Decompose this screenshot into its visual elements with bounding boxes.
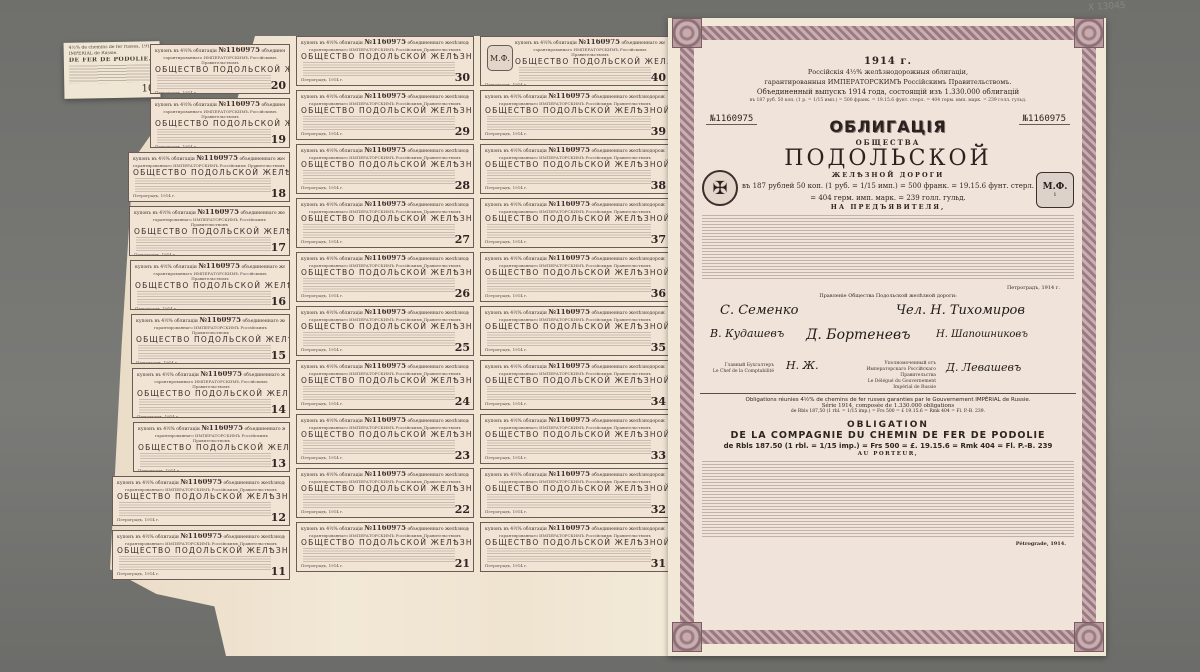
coupon-serial: №1160975 — [548, 309, 590, 316]
coupon-header-text: купонъ въ 4½% облигаціи — [485, 527, 547, 532]
bond-company-name: ПОДОЛЬСКОЙ — [696, 147, 1080, 171]
coupon: купонъ въ 4½% облигаціи №1160975 объедин… — [131, 314, 290, 364]
coupon-header-text: купонъ въ 4½% облигаціи — [301, 311, 363, 316]
finance-ministry-stamp-icon: М.Ф. 1 — [1036, 172, 1074, 208]
coupon-text — [487, 494, 651, 508]
coupon-header-tail: объединеннаго желѣзнодорожнаго займа 191… — [240, 211, 285, 216]
coupon-footer: Петроградъ, 1914 г. — [485, 131, 665, 136]
coupon-header-text: купонъ въ 4½% облигаціи — [485, 257, 547, 262]
bond-certificate: 1914 г. Россійскія 4½% желѣзнодорожныя о… — [668, 18, 1106, 656]
coupon-title: ОБЩЕСТВО ПОДОЛЬСКОЙ ЖЕЛѢЗНОЙ ДОРОГИ. — [301, 430, 469, 439]
coupon-footer: Петроградъ, 1914 г. — [301, 293, 469, 298]
coupon-header: купонъ въ 4½% облигаціи №1160975 объедин… — [301, 255, 469, 263]
coupon-serial: №1160975 — [180, 479, 222, 486]
coupon-text — [487, 116, 651, 130]
french-title: OBLIGATION — [696, 420, 1080, 430]
coupon-title: ОБЩЕСТВО ПОДОЛЬСКОЙ ЖЕЛѢЗНОЙ ДОРОГИ. — [485, 484, 665, 493]
coupon-footer: Петроградъ, 1914 г. — [301, 563, 469, 568]
coupon-number: 40 — [651, 71, 666, 84]
coupon-number: 19 — [271, 133, 286, 146]
coupon-text — [303, 440, 455, 454]
coupon-number: 24 — [455, 395, 470, 408]
coupon-text — [119, 502, 271, 516]
french-line-3: de Rbls 187,50 (1 rbl. = 1/15 imp.) = Fr… — [696, 409, 1080, 414]
coupon-guarantee: гарантированнаго ИМПЕРАТОРСКИМЪ Россійск… — [136, 325, 285, 335]
delegate-ru: Уполномоченный отъ Императорскаго Россій… — [866, 361, 936, 378]
coupon-header: купонъ въ 4½% облигаціи №1160975 объедин… — [485, 255, 665, 263]
coupon-header: купонъ въ 4½% облигаціи №1160975 объедин… — [485, 471, 665, 479]
coupon-serial: №1160975 — [364, 471, 406, 478]
coupon-header-tail: объединеннаго желѣзнодорожнаго займа 191… — [407, 203, 469, 208]
coupon-header-text: купонъ въ 4½% облигаціи — [301, 473, 363, 478]
coupon-number: 37 — [651, 233, 666, 246]
coupon-title: ОБЩЕСТВО ПОДОЛЬСКОЙ ЖЕЛѢЗНОЙ ДОРОГИ. — [485, 268, 665, 277]
coupon-header-text: купонъ въ 4½% облигаціи — [137, 373, 199, 378]
coupon-text — [487, 278, 651, 292]
bond-line-4: въ 187 руб. 50 коп. (1 р. = 1/15 имп.) =… — [696, 97, 1080, 104]
coupon: купонъ въ 4½% облигаціи №1160975 объедин… — [296, 414, 474, 464]
coupon-guarantee: гарантированнаго ИМПЕРАТОРСКИМЪ Россійск… — [138, 433, 285, 443]
coupon-header-tail: объединеннаго желѣзнодорожнаго займа 191… — [261, 49, 285, 54]
coupon-serial: №1160975 — [364, 417, 406, 424]
coupon-header-text: купонъ въ 4½% облигаціи — [485, 419, 547, 424]
coupon-number: 15 — [271, 349, 286, 362]
coupon-header-tail: объединеннаго желѣзнодорожнаго займа 191… — [243, 373, 285, 378]
coupon-column: М.Ф.купонъ въ 4½% облигаціи №1160975 объ… — [480, 36, 670, 572]
bond-line-1: Россійскія 4½% желѣзнодорожныя облигаціи… — [696, 67, 1080, 77]
coupon-header: купонъ въ 4½% облигаціи №1160975 объедин… — [155, 47, 285, 55]
coupon: купонъ въ 4½% облигаціи №1160975 объедин… — [296, 198, 474, 248]
signatures-area: С. Семенко Чел. Н. Тихомиров В. Кудашевъ… — [696, 299, 1080, 391]
coupon-text — [140, 453, 271, 467]
stamp-label: М.Ф. — [1043, 182, 1068, 192]
coupon-serial: №1160975 — [364, 93, 406, 100]
coupon-number: 18 — [271, 187, 286, 200]
coupon-title: ОБЩЕСТВО ПОДОЛЬСКОЙ ЖЕЛѢЗНОЙ ДОРОГИ. — [301, 160, 469, 169]
coupon-title: ОБЩЕСТВО ПОДОЛЬСКОЙ ЖЕЛѢЗНОЙ ДОРОГИ. — [155, 65, 285, 74]
coupon-footer: Петроградъ, 1914 г. — [136, 360, 285, 364]
coupon-footer: Петроградъ, 1914 г. — [485, 347, 665, 352]
coupon-title: ОБЩЕСТВО ПОДОЛЬСКОЙ ЖЕЛѢЗНОЙ ДОРОГИ. — [485, 106, 665, 115]
coupon-header: купонъ въ 4½% облигаціи №1160975 объедин… — [301, 309, 469, 317]
coupon-serial: №1160975 — [548, 255, 590, 262]
coupon-serial: №1160975 — [548, 147, 590, 154]
coupon-serial: №1160975 — [548, 363, 590, 370]
coupon-footer: Петроградъ, 1914 г. — [485, 185, 665, 190]
delegate-fr: Le Délégué du Gouvernement Impérial de R… — [868, 379, 936, 390]
coupon-header-text: купонъ въ 4½% облигаціи — [136, 319, 198, 324]
coupon-text — [303, 494, 455, 508]
coupon-serial: №1160975 — [197, 209, 239, 216]
coupon-header: купонъ въ 4½% облигаціи №1160975 объедин… — [134, 209, 285, 217]
coupon-footer: Петроградъ, 1914 г. — [301, 131, 469, 136]
coupon-serial: №1160975 — [201, 425, 243, 432]
coupon-text — [487, 332, 651, 346]
coupon-title: ОБЩЕСТВО ПОДОЛЬСКОЙ ЖЕЛѢЗНОЙ ДОРОГИ. — [133, 168, 285, 177]
coupon-header-tail: объединеннаго желѣзнодорожнаго займа 191… — [591, 311, 665, 316]
coupon-text — [487, 440, 651, 454]
coupon: купонъ въ 4½% облигаціи №1160975 объедин… — [133, 422, 290, 472]
coupon-footer: Петроградъ, 1914 г. — [301, 347, 469, 352]
coupon-text — [519, 67, 651, 81]
coupon-title: ОБЩЕСТВО ПОДОЛЬСКОЙ ЖЕЛѢЗНОЙ ДОРОГИ. — [301, 322, 469, 331]
coupon: купонъ въ 4½% облигаціи №1160975 объедин… — [128, 152, 290, 202]
coupon-header-text: купонъ въ 4½% облигаціи — [485, 311, 547, 316]
bond-year: 1914 г. — [696, 56, 1080, 67]
coupon-header: купонъ въ 4½% облигаціи №1160975 объедин… — [133, 155, 285, 163]
pencil-catalog-note: X 13045 — [1088, 1, 1126, 14]
coupon-header-text: купонъ въ 4½% облигаціи — [301, 149, 363, 154]
coupon-number: 17 — [271, 241, 286, 254]
chief-accountant-fr: Le Chef de la Comptabilité — [713, 369, 774, 374]
coupon-number: 34 — [651, 395, 666, 408]
coupon-header-tail: объединеннаго желѣзнодорожнаго займа 191… — [242, 319, 285, 324]
coupon-title: ОБЩЕСТВО ПОДОЛЬСКОЙ ЖЕЛѢЗНОЙ ДОРОГИ. — [136, 335, 285, 344]
signature: Н. Ж. — [786, 359, 818, 372]
coupon-header-tail: объединеннаго желѣзнодорожнаго займа 191… — [223, 481, 285, 486]
signature: Н. Шапошниковъ — [936, 329, 1028, 340]
imperial-eagle-icon: ✠ — [702, 170, 738, 206]
coupon: М.Ф.купонъ въ 4½% облигаціи №1160975 объ… — [480, 36, 670, 86]
coupon-footer: Петроградъ, 1914 г. — [301, 455, 469, 460]
coupon-text — [135, 178, 271, 192]
french-value: de Rbls 187.50 (1 rbl. = 1/15 imp.) = Fr… — [696, 442, 1080, 450]
coupon-serial: №1160975 — [364, 201, 406, 208]
coupon-header-tail: объединеннаго желѣзнодорожнаго займа 191… — [407, 257, 469, 262]
coupon-text — [138, 345, 271, 359]
coupon-title: ОБЩЕСТВО ПОДОЛЬСКОЙ ЖЕЛѢЗНОЙ ДОРОГИ. — [117, 546, 285, 555]
coupon-number: 12 — [271, 511, 286, 524]
coupon-text — [487, 224, 651, 238]
coupon-header-tail: объединеннаго желѣзнодорожнаго займа 191… — [407, 311, 469, 316]
coupon-serial: №1160975 — [364, 39, 406, 46]
coupon-header-text: купонъ въ 4½% облигаціи — [301, 527, 363, 532]
coupon-footer: Петроградъ, 1914 г. — [117, 571, 285, 576]
coupon-number: 35 — [651, 341, 666, 354]
coupon: купонъ въ 4½% облигаціи №1160975 объедин… — [129, 206, 290, 256]
coupon-column: купонъ въ 4½% облигаціи №1160975 объедин… — [296, 36, 474, 572]
coupon-number: 20 — [271, 79, 286, 92]
coupon-serial: №1160975 — [364, 525, 406, 532]
coupon-number: 29 — [455, 125, 470, 138]
coupon: купонъ въ 4½% облигаціи №1160975 объедин… — [296, 360, 474, 410]
coupon-header-text: купонъ въ 4½% облигаціи — [155, 49, 217, 54]
coupon-footer: Петроградъ, 1914 г. — [485, 563, 665, 568]
coupon-serial: №1160975 — [548, 417, 590, 424]
coupon-header-tail: объединеннаго желѣзнодорожнаго займа 191… — [591, 473, 665, 478]
coupon-number: 13 — [271, 457, 286, 470]
bond-value-1: въ 187 рублей 50 коп. (1 руб. = 1/15 имп… — [696, 181, 1080, 191]
coupon-title: ОБЩЕСТВО ПОДОЛЬСКОЙ ЖЕЛѢЗНОЙ ДОРОГИ. — [301, 484, 469, 493]
coupon-text — [303, 548, 455, 562]
coupon-header: купонъ въ 4½% облигаціи №1160975 объедин… — [155, 101, 285, 109]
coupon: купонъ въ 4½% облигаціи №1160975 объедин… — [112, 476, 290, 526]
coupon-header-tail: объединеннаго желѣзнодорожнаго займа 191… — [407, 95, 469, 100]
coupon-header-text: купонъ въ 4½% облигаціи — [134, 211, 196, 216]
french-place-date: Pétrograde, 1914. — [696, 541, 1080, 547]
coupon-footer: Петроградъ, 1914 г. — [485, 293, 665, 298]
coupon-serial: №1160975 — [218, 101, 260, 108]
coupon-guarantee: гарантированнаго ИМПЕРАТОРСКИМЪ Россійск… — [155, 55, 285, 65]
coupon-number: 25 — [455, 341, 470, 354]
coupon-header-text: купонъ въ 4½% облигаціи — [301, 257, 363, 262]
coupon-header: купонъ въ 4½% облигаціи №1160975 объедин… — [117, 479, 285, 487]
bond-content: 1914 г. Россійскія 4½% желѣзнодорожныя о… — [696, 42, 1080, 628]
coupon-serial: №1160975 — [218, 47, 260, 54]
french-bearer: AU PORTEUR, — [696, 451, 1080, 457]
signature: Д. Левашевъ — [946, 361, 1021, 374]
coupon: купонъ въ 4½% облигаціи №1160975 объедин… — [130, 260, 290, 310]
coupon: купонъ въ 4½% облигаціи №1160975 объедин… — [296, 36, 474, 86]
coupon-title: ОБЩЕСТВО ПОДОЛЬСКОЙ ЖЕЛѢЗНОЙ ДОРОГИ. — [485, 214, 665, 223]
coupon-header: купонъ въ 4½% облигаціи №1160975 объедин… — [301, 93, 469, 101]
coupon-header: купонъ въ 4½% облигаціи №1160975 объедин… — [485, 93, 665, 101]
coupon-text — [139, 399, 271, 413]
coupon-text — [119, 556, 271, 570]
coupon-number: 38 — [651, 179, 666, 192]
coupon: купонъ въ 4½% облигаціи №1160975 объедин… — [480, 90, 670, 140]
coupon-number: 33 — [651, 449, 666, 462]
coupon-footer: Петроградъ, 1914 г. — [135, 306, 285, 310]
coupon-header: купонъ въ 4½% облигаціи №1160975 объедин… — [485, 417, 665, 425]
coupon-header: купонъ въ 4½% облигаціи №1160975 объедин… — [301, 417, 469, 425]
bond-value-2: = 404 герм. имп. марк. = 239 голл. гульд… — [696, 193, 1080, 203]
coupon-header: купонъ въ 4½% облигаціи №1160975 объедин… — [485, 309, 665, 317]
signature: Д. Бортеневъ — [806, 327, 911, 343]
coupon: купонъ въ 4½% облигаціи №1160975 объедин… — [296, 306, 474, 356]
coupon-text — [137, 291, 271, 305]
coupon-footer: Петроградъ, 1914 г. — [117, 517, 285, 522]
section-divider — [700, 393, 1076, 394]
coupon-header: купонъ въ 4½% облигаціи №1160975 объедин… — [301, 525, 469, 533]
bond-line-2: гарантированныя ИМПЕРАТОРСКИМЪ Россійски… — [696, 77, 1080, 87]
coupon-footer: Петроградъ, 1914 г. — [133, 193, 285, 198]
coupon: купонъ въ 4½% облигаціи №1160975 объедин… — [480, 252, 670, 302]
coupon-number: 39 — [651, 125, 666, 138]
coupon-serial: №1160975 — [548, 471, 590, 478]
coupon-header: купонъ въ 4½% облигаціи №1160975 объедин… — [485, 39, 665, 47]
coupon: купонъ въ 4½% облигаціи №1160975 объедин… — [480, 468, 670, 518]
coupon-footer: Петроградъ, 1914 г. — [134, 252, 285, 256]
coupon: купонъ въ 4½% облигаціи №1160975 объедин… — [112, 530, 290, 580]
coupon-header-tail: объединеннаго желѣзнодорожнаго займа 191… — [407, 365, 469, 370]
coupon-header-text: купонъ въ 4½% облигаціи — [133, 157, 195, 162]
coupon-header-tail: объединеннаго желѣзнодорожнаго займа 191… — [407, 149, 469, 154]
coupon-footer: Петроградъ, 1914 г. — [138, 468, 285, 472]
coupon-header-text: купонъ въ 4½% облигаціи — [117, 481, 179, 486]
coupon-title: ОБЩЕСТВО ПОДОЛЬСКОЙ ЖЕЛѢЗНОЙ ДОРОГИ. — [137, 389, 285, 398]
coupon-footer: Петроградъ, 1914 г. — [485, 455, 665, 460]
coupon-serial: №1160975 — [364, 147, 406, 154]
coupon-text — [303, 386, 455, 400]
coupon-number: 21 — [455, 557, 470, 570]
coupon-number: 27 — [455, 233, 470, 246]
coupon-text — [487, 548, 651, 562]
coupon-text — [303, 332, 455, 346]
coupon: купонъ въ 4½% облигаціи №1160975 объедин… — [480, 360, 670, 410]
coupon-header: купонъ въ 4½% облигаціи №1160975 объедин… — [485, 147, 665, 155]
coupon-serial: №1160975 — [364, 309, 406, 316]
serial-number-left: №1160975 — [706, 114, 757, 125]
coupon-serial: №1160975 — [364, 363, 406, 370]
coupon-footer: Петроградъ, 1914 г. — [301, 77, 469, 82]
coupon-title: ОБЩЕСТВО ПОДОЛЬСКОЙ ЖЕЛѢЗНОЙ ДОРОГИ. — [135, 281, 285, 290]
coupon-header-tail: объединеннаго желѣзнодорожнаго займа 191… — [591, 419, 665, 424]
coupon-header: купонъ въ 4½% облигаціи №1160975 объедин… — [485, 201, 665, 209]
coupon-footer: Петроградъ, 1914 г. — [301, 185, 469, 190]
coupon-serial: №1160975 — [196, 155, 238, 162]
coupon-header-tail: объединеннаго желѣзнодорожнаго займа 191… — [244, 427, 285, 432]
coupon-text — [157, 129, 271, 143]
coupon-text — [136, 237, 271, 251]
coupon-text — [487, 170, 651, 184]
bond-place-date: Петроградъ, 1914 г. — [696, 285, 1080, 291]
coupon-header-tail: объединеннаго желѣзнодорожнаго займа 191… — [239, 157, 285, 162]
coupon: купонъ въ 4½% облигаціи №1160975 объедин… — [480, 198, 670, 248]
coupon: купонъ въ 4½% облигаціи №1160975 объедин… — [480, 144, 670, 194]
coupon-header-tail: объединеннаго желѣзнодорожнаго займа 191… — [223, 535, 285, 540]
coupon-header-tail: объединеннаго желѣзнодорожнаго займа 191… — [407, 527, 469, 532]
coupon-header-tail: объединеннаго желѣзнодорожнаго займа 191… — [591, 365, 665, 370]
coupon-number: 11 — [271, 565, 286, 578]
stamp-icon: М.Ф. — [487, 45, 513, 71]
coupon-text — [303, 116, 455, 130]
coupon-header-text: купонъ въ 4½% облигаціи — [301, 203, 363, 208]
coupon-header-text: купонъ въ 4½% облигаціи — [515, 41, 577, 46]
coupon-header-tail: объединеннаго желѣзнодорожнаго займа 191… — [407, 41, 469, 46]
coupon-guarantee: гарантированнаго ИМПЕРАТОРСКИМЪ Россійск… — [155, 109, 285, 119]
coupon-footer: Петроградъ, 1914 г. — [485, 239, 665, 244]
french-company: DE LA COMPAGNIE DU CHEMIN DE FER DE PODO… — [696, 430, 1080, 441]
coupon-header: купонъ въ 4½% облигаціи №1160975 объедин… — [137, 371, 285, 379]
coupon-text — [487, 386, 651, 400]
coupon-title: ОБЩЕСТВО ПОДОЛЬСКОЙ ЖЕЛѢЗНОЙ ДОРОГИ. — [485, 322, 665, 331]
coupon-serial: №1160975 — [548, 93, 590, 100]
coupon-number: 23 — [455, 449, 470, 462]
coupon-header-text: купонъ въ 4½% облигаціи — [301, 419, 363, 424]
coupon-title: ОБЩЕСТВО ПОДОЛЬСКОЙ ЖЕЛѢЗНОЙ ДОРОГИ. — [301, 214, 469, 223]
coupon-title: ОБЩЕСТВО ПОДОЛЬСКОЙ ЖЕЛѢЗНОЙ ДОРОГИ. — [138, 443, 285, 452]
coupon-footer: Петроградъ, 1914 г. — [485, 401, 665, 406]
coupon-guarantee: гарантированнаго ИМПЕРАТОРСКИМЪ Россійск… — [135, 271, 285, 281]
coupon-title: ОБЩЕСТВО ПОДОЛЬСКОЙ ЖЕЛѢЗНОЙ ДОРОГИ. — [301, 268, 469, 277]
coupon-title: ОБЩЕСТВО ПОДОЛЬСКОЙ ЖЕЛѢЗНОЙ ДОРОГИ. — [485, 160, 665, 169]
coupon-number: 32 — [651, 503, 666, 516]
coupon-footer: Петроградъ, 1914 г. — [485, 509, 665, 514]
coupon-header-tail: объединеннаго желѣзнодорожнаго займа 191… — [407, 419, 469, 424]
coupon: купонъ въ 4½% облигаціи №1160975 объедин… — [296, 522, 474, 572]
coupon-header-text: купонъ въ 4½% облигаціи — [135, 265, 197, 270]
bond-railway: ЖЕЛѢЗНОЙ ДОРОГИ — [696, 171, 1080, 179]
coupon: купонъ въ 4½% облигаціи №1160975 объедин… — [480, 306, 670, 356]
coupon-header: купонъ въ 4½% облигаціи №1160975 объедин… — [301, 363, 469, 371]
coupon-header-tail: объединеннаго желѣзнодорожнаго займа 191… — [591, 527, 665, 532]
coupon-number: 36 — [651, 287, 666, 300]
coupon-header-text: купонъ въ 4½% облигаціи — [117, 535, 179, 540]
coupon: купонъ въ 4½% облигаціи №1160975 объедин… — [480, 522, 670, 572]
coupon-number: 16 — [271, 295, 286, 308]
coupon-serial: №1160975 — [578, 39, 620, 46]
coupon-title: ОБЩЕСТВО ПОДОЛЬСКОЙ ЖЕЛѢЗНОЙ ДОРОГИ. — [485, 376, 665, 385]
coupon-title: ОБЩЕСТВО ПОДОЛЬСКОЙ ЖЕЛѢЗНОЙ ДОРОГИ. — [155, 119, 285, 128]
coupon-header-text: купонъ въ 4½% облигаціи — [485, 365, 547, 370]
coupon-title: ОБЩЕСТВО ПОДОЛЬСКОЙ ЖЕЛѢЗНОЙ ДОРОГИ. — [301, 52, 469, 61]
coupon-header-text: купонъ въ 4½% облигаціи — [301, 365, 363, 370]
chief-accountant-ru: Главный Бухгалтеръ — [725, 363, 774, 368]
coupon-header-tail: объединеннаго желѣзнодорожнаго займа 191… — [241, 265, 285, 270]
coupon: купонъ въ 4½% облигаціи №1160975 объедин… — [150, 44, 290, 94]
coupon: купонъ въ 4½% облигаціи №1160975 объедин… — [296, 252, 474, 302]
coupon-title: ОБЩЕСТВО ПОДОЛЬСКОЙ ЖЕЛѢЗНОЙ ДОРОГИ. — [301, 106, 469, 115]
coupon-header-tail: объединеннаго желѣзнодорожнаго займа 191… — [591, 257, 665, 262]
coupon-header-tail: объединеннаго желѣзнодорожнаго займа 191… — [591, 149, 665, 154]
coupon-serial: №1160975 — [198, 263, 240, 270]
coupon-title: ОБЩЕСТВО ПОДОЛЬСКОЙ ЖЕЛѢЗНОЙ ДОРОГИ. — [485, 430, 665, 439]
coupon-number: 30 — [455, 71, 470, 84]
coupon-header-tail: объединеннаго желѣзнодорожнаго займа 191… — [591, 203, 665, 208]
coupon-serial: №1160975 — [548, 201, 590, 208]
coupon: купонъ въ 4½% облигаціи №1160975 объедин… — [480, 414, 670, 464]
coupon-header: купонъ въ 4½% облигаціи №1160975 объедин… — [135, 263, 285, 271]
coupon-title: ОБЩЕСТВО ПОДОЛЬСКОЙ ЖЕЛѢЗНОЙ ДОРОГИ. — [485, 538, 665, 547]
coupon-header-text: купонъ въ 4½% облигаціи — [138, 427, 200, 432]
coupon: купонъ въ 4½% облигаціи №1160975 объедин… — [296, 90, 474, 140]
bond-line-3: Объединенный выпускъ 1914 года, состоящі… — [696, 87, 1080, 97]
coupon-footer: Петроградъ, 1914 г. — [137, 414, 285, 418]
coupon-header: купонъ въ 4½% облигаціи №1160975 объедин… — [485, 363, 665, 371]
coupon-column: купонъ въ 4½% облигаціи №1160975 объедин… — [140, 44, 290, 580]
coupon-text — [157, 75, 271, 89]
coupon-header-text: купонъ въ 4½% облигаціи — [301, 41, 363, 46]
coupon-header: купонъ въ 4½% облигаціи №1160975 объедин… — [301, 471, 469, 479]
coupon-footer: Петроградъ, 1914 г. — [155, 90, 285, 94]
coupon: купонъ въ 4½% облигаціи №1160975 объедин… — [150, 98, 290, 148]
coupon-footer: Петроградъ, 1914 г. — [301, 239, 469, 244]
coupon-header: купонъ въ 4½% облигаціи №1160975 объедин… — [485, 525, 665, 533]
coupon-title: ОБЩЕСТВО ПОДОЛЬСКОЙ ЖЕЛѢЗНОЙ ДОРОГИ. — [117, 492, 285, 501]
coupon-number: 14 — [271, 403, 286, 416]
coupon-text — [303, 278, 455, 292]
coupon-number: 31 — [651, 557, 666, 570]
coupon-number: 26 — [455, 287, 470, 300]
bond-bearer: НА ПРЕДЪЯВИТЕЛЯ, — [696, 203, 1080, 211]
russian-terms-text — [702, 215, 1074, 281]
coupon-number: 28 — [455, 179, 470, 192]
signature: Чел. Н. Тихомиров — [896, 303, 1025, 318]
coupon-header-tail: объединеннаго желѣзнодорожнаго займа 191… — [261, 103, 285, 108]
coupon-title: ОБЩЕСТВО ПОДОЛЬСКОЙ ЖЕЛѢЗНОЙ ДОРОГИ. — [301, 538, 469, 547]
coupon-guarantee: гарантированнаго ИМПЕРАТОРСКИМЪ Россійск… — [134, 217, 285, 227]
coupon-header: купонъ въ 4½% облигаціи №1160975 объедин… — [301, 201, 469, 209]
coupon-footer: Петроградъ, 1914 г. — [485, 82, 665, 86]
coupon-serial: №1160975 — [199, 317, 241, 324]
coupon-footer: Петроградъ, 1914 г. — [301, 509, 469, 514]
coupon-text — [303, 224, 455, 238]
coupon-title: ОБЩЕСТВО ПОДОЛЬСКОЙ ЖЕЛѢЗНОЙ ДОРОГИ. — [301, 376, 469, 385]
coupon-guarantee: гарантированнаго ИМПЕРАТОРСКИМЪ Россійск… — [137, 379, 285, 389]
coupon-header-text: купонъ въ 4½% облигаціи — [155, 103, 217, 108]
coupon-serial: №1160975 — [548, 525, 590, 532]
coupon-number: 22 — [455, 503, 470, 516]
coupon-header-text: купонъ въ 4½% облигаціи — [301, 95, 363, 100]
coupon-serial: №1160975 — [364, 255, 406, 262]
coupon-header: купонъ въ 4½% облигаціи №1160975 объедин… — [136, 317, 285, 325]
coupon-header-text: купонъ въ 4½% облигаціи — [485, 203, 547, 208]
coupon-header-text: купонъ въ 4½% облигаціи — [485, 95, 547, 100]
coupon-header: купонъ въ 4½% облигаціи №1160975 объедин… — [301, 39, 469, 47]
signature: В. Кудашевъ — [710, 327, 784, 340]
coupon: купонъ въ 4½% облигаціи №1160975 объедин… — [296, 468, 474, 518]
